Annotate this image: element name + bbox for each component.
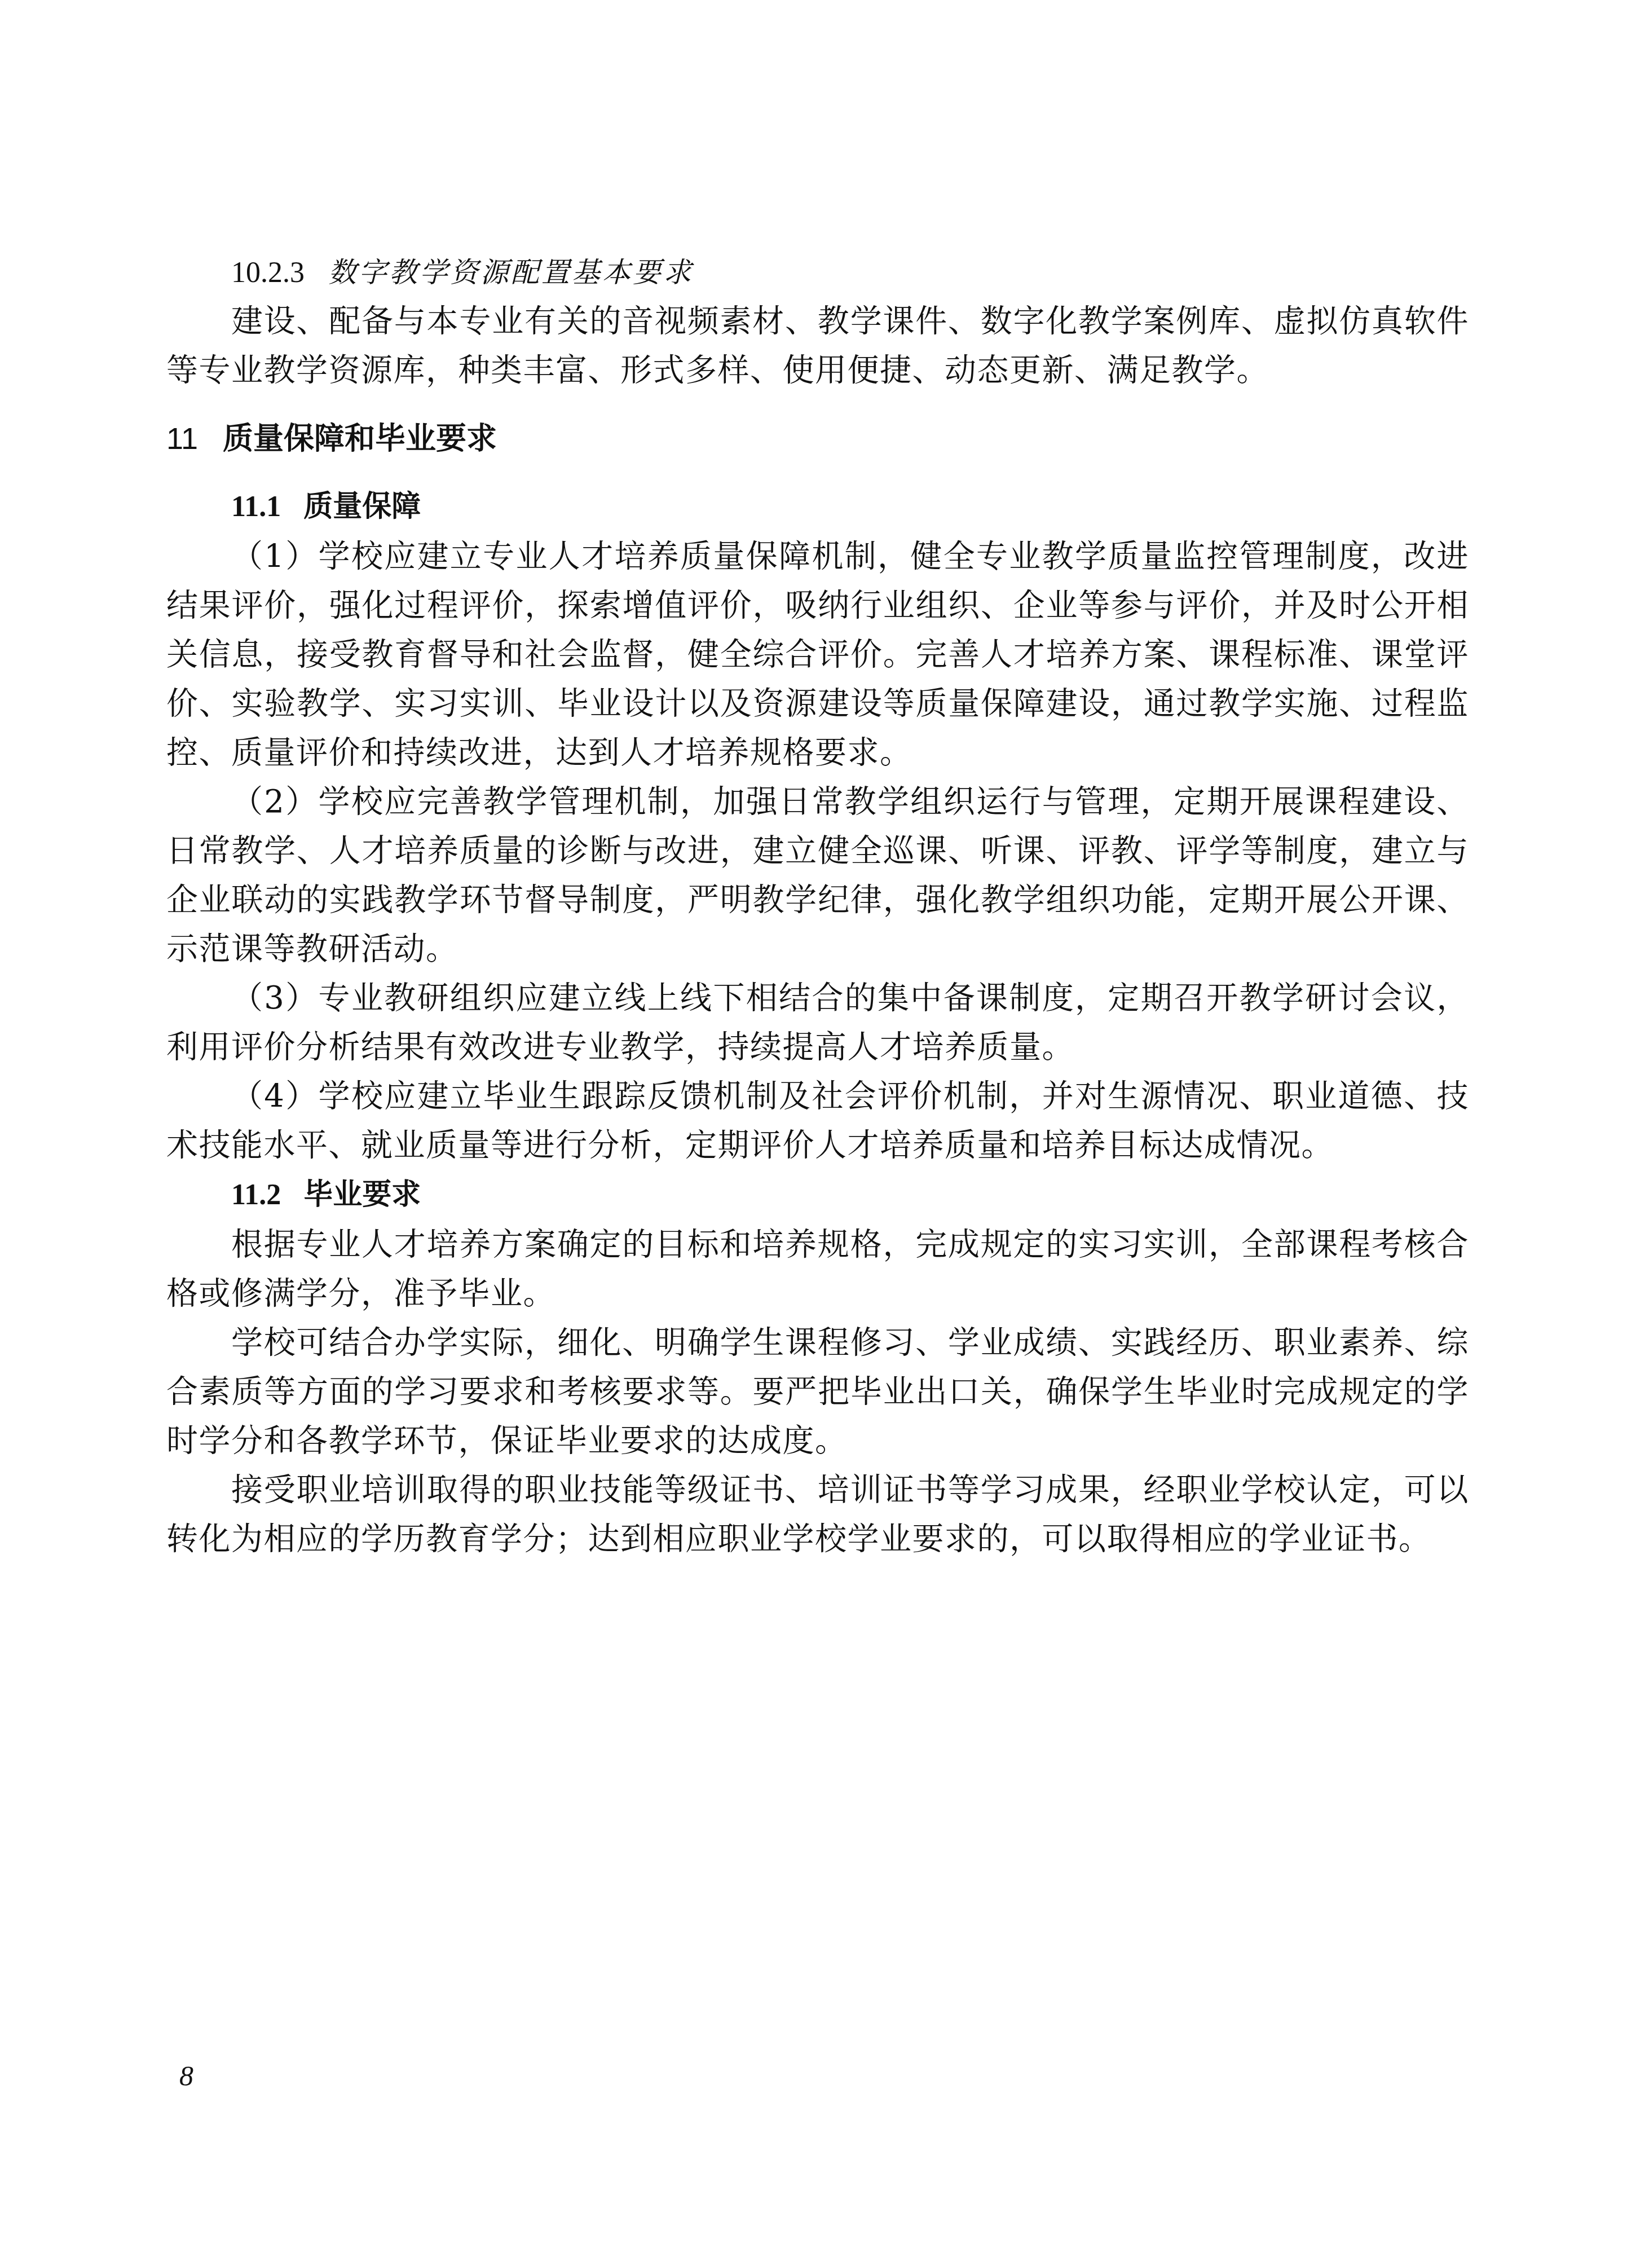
section-title: 质量保障 xyxy=(303,490,421,523)
section-heading-11-1: 11.1质量保障 xyxy=(166,482,1469,532)
paragraph-graduation-3: 接受职业培训取得的职业技能等级证书、培训证书等学习成果，经职业学校认定，可以转化… xyxy=(166,1465,1469,1564)
paragraph-quality-3: （3）专业教研组织应建立线上线下相结合的集中备课制度，定期召开教学研讨会议，利用… xyxy=(166,974,1469,1072)
section-heading-10-2-3: 10.2.3数字教学资源配置基本要求 xyxy=(166,248,1469,297)
section-number: 11.2 xyxy=(231,1179,281,1211)
paragraph-quality-2: （2）学校应完善教学管理机制，加强日常教学组织运行与管理，定期开展课程建设、日常… xyxy=(166,777,1469,974)
chapter-heading-11: 11质量保障和毕业要求 xyxy=(166,411,1469,467)
section-title: 毕业要求 xyxy=(303,1178,421,1212)
section-number: 10.2.3 xyxy=(231,257,305,289)
document-page: 10.2.3数字教学资源配置基本要求 建设、配备与本专业有关的音视频素材、教学课… xyxy=(166,248,1469,1564)
paragraph-quality-4: （4）学校应建立毕业生跟踪反馈机制及社会评价机制，并对生源情况、职业道德、技术技… xyxy=(166,1072,1469,1170)
paragraph-graduation-1: 根据专业人才培养方案确定的目标和培养规格，完成规定的实习实训，全部课程考核合格或… xyxy=(166,1220,1469,1318)
chapter-number: 11 xyxy=(166,422,198,456)
section-number: 11.1 xyxy=(231,491,281,523)
page-number: 8 xyxy=(179,2059,193,2093)
paragraph: 建设、配备与本专业有关的音视频素材、教学课件、数字化教学案例库、虚拟仿真软件等专… xyxy=(166,297,1469,395)
section-title: 数字教学资源配置基本要求 xyxy=(328,256,694,289)
paragraph-graduation-2: 学校可结合办学实际，细化、明确学生课程修习、学业成绩、实践经历、职业素养、综合素… xyxy=(166,1318,1469,1465)
section-heading-11-2: 11.2毕业要求 xyxy=(166,1170,1469,1220)
chapter-title: 质量保障和毕业要求 xyxy=(223,421,497,456)
paragraph-quality-1: （1）学校应建立专业人才培养质量保障机制，健全专业教学质量监控管理制度，改进结果… xyxy=(166,532,1469,777)
